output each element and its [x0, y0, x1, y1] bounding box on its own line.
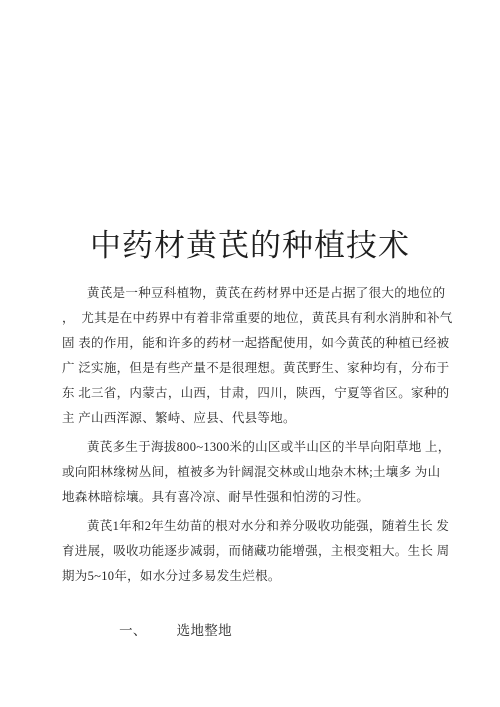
paragraph-line: 或向阳林缘树丛间，植被多为针阔混交林或山地杂木林;土壤多 为山: [62, 460, 444, 485]
paragraph-line: 期为5~10年，如水分过多易发生烂根。: [62, 564, 444, 589]
paragraph-growth: 黄芪1年和2年生幼苗的根对水分和养分吸收功能强，随着生长 发 育进展，吸收功能逐…: [62, 514, 444, 589]
document-title: 中药材黄芪的种植技术: [0, 222, 500, 270]
section-heading: 一、选地整地: [97, 593, 444, 668]
paragraph-line: 黄芪1年和2年生幼苗的根对水分和养分吸收功能强，随着生长 发: [62, 514, 444, 539]
section-number: 一、: [119, 623, 147, 638]
paragraph-line: 黄芪多生于海拔800~1300米的山区或半山区的半旱向阳草地 上，: [62, 435, 444, 460]
paragraph-line: 主 产山西浑源、繁峙、应县、代县等地。: [62, 406, 444, 431]
paragraph-intro: 黄芪是一种豆科植物，黄芪在药材界中还是占据了很大的地位的 ， 尤其是在中药界中有…: [62, 281, 444, 431]
document-page: 中药材黄芪的种植技术 黄芪是一种豆科植物，黄芪在药材界中还是占据了很大的地位的 …: [0, 0, 500, 707]
paragraph-habitat: 黄芪多生于海拔800~1300米的山区或半山区的半旱向阳草地 上， 或向阳林缘树…: [62, 435, 444, 510]
section-title: 选地整地: [177, 623, 232, 638]
paragraph-line: 东 北三省，内蒙古，山西，甘肃，四川，陕西，宁夏等省区。家种的: [62, 381, 444, 406]
paragraph-line: 黄芪是一种豆科植物，黄芪在药材界中还是占据了很大的地位的: [62, 281, 444, 306]
paragraph-line: 广 泛实施，但是有些产量不是很理想。黄芪野生、家种均有，分布于: [62, 356, 444, 381]
paragraph-line: 育进展，吸收功能逐步减弱，而储藏功能增强，主根变粗大。生长 周: [62, 539, 444, 564]
paragraph-line: 固 表的作用，能和许多的药材一起搭配使用，如今黄芪的种植已经被: [62, 331, 444, 356]
paragraph-line: ， 尤其是在中药界中有着非常重要的地位，黄芪具有利水消肿和补气: [62, 306, 444, 331]
document-body: 黄芪是一种豆科植物，黄芪在药材界中还是占据了很大的地位的 ， 尤其是在中药界中有…: [62, 281, 444, 668]
paragraph-line: 地森林暗棕壤。具有喜冷凉、耐旱性强和怕涝的习性。: [62, 485, 444, 510]
